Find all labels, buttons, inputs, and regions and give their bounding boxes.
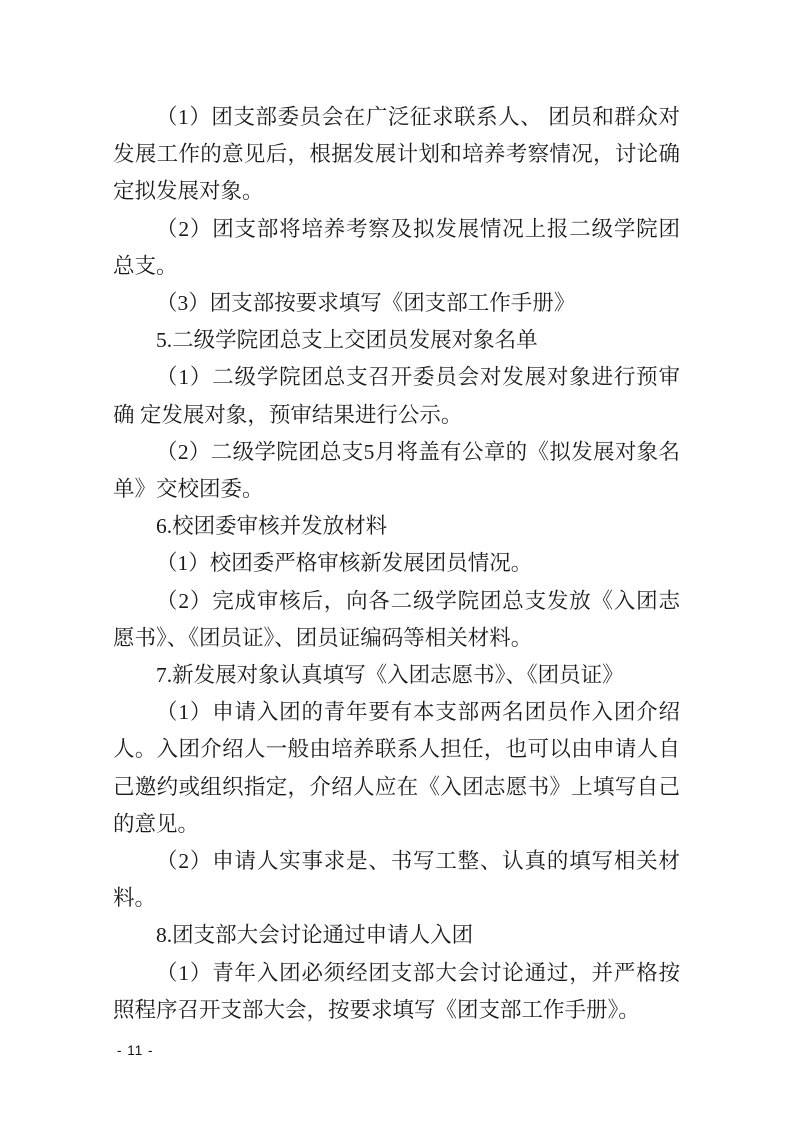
document-body: （1）团支部委员会在广泛征求联系人、 团员和群众对发展工作的意见后，根据发展计划… — [113, 99, 680, 1029]
paragraph: （1）二级学院团总支召开委员会对发展对象进行预审确 定发展对象，预审结果进行公示… — [113, 359, 680, 433]
paragraph: （1）团支部委员会在广泛征求联系人、 团员和群众对发展工作的意见后，根据发展计划… — [113, 99, 680, 211]
paragraph: （2）二级学院团总支5月将盖有公章的《拟发展对象名单》交校团委。 — [113, 434, 680, 508]
section-heading: 6.校团委审核并发放材料 — [113, 508, 680, 545]
paragraph: （2）团支部将培养考察及拟发展情况上报二级学院团总支。 — [113, 211, 680, 285]
paragraph: （2）申请人实事求是、书写工整、认真的填写相关材料。 — [113, 843, 680, 917]
paragraph: （1）青年入团必须经团支部大会讨论通过，并严格按照程序召开支部大会，按要求填写《… — [113, 955, 680, 1029]
page-number: - 11 - — [117, 1043, 154, 1058]
document-page: （1）团支部委员会在广泛征求联系人、 团员和群众对发展工作的意见后，根据发展计划… — [0, 0, 793, 1122]
paragraph: （2）完成审核后，向各二级学院团总支发放《入团志愿书》、《团员证》、团员证编码等… — [113, 583, 680, 657]
paragraph: （1）申请入团的青年要有本支部两名团员作入团介绍人。入团介绍人一般由培养联系人担… — [113, 694, 680, 843]
section-heading: 5.二级学院团总支上交团员发展对象名单 — [113, 322, 680, 359]
section-heading: 8.团支部大会讨论通过申请人入团 — [113, 917, 680, 954]
section-heading: 7.新发展对象认真填写《入团志愿书》、《团员证》 — [113, 657, 680, 694]
paragraph: （1）校团委严格审核新发展团员情况。 — [113, 545, 680, 582]
paragraph: （3）团支部按要求填写《团支部工作手册》 — [113, 285, 680, 322]
